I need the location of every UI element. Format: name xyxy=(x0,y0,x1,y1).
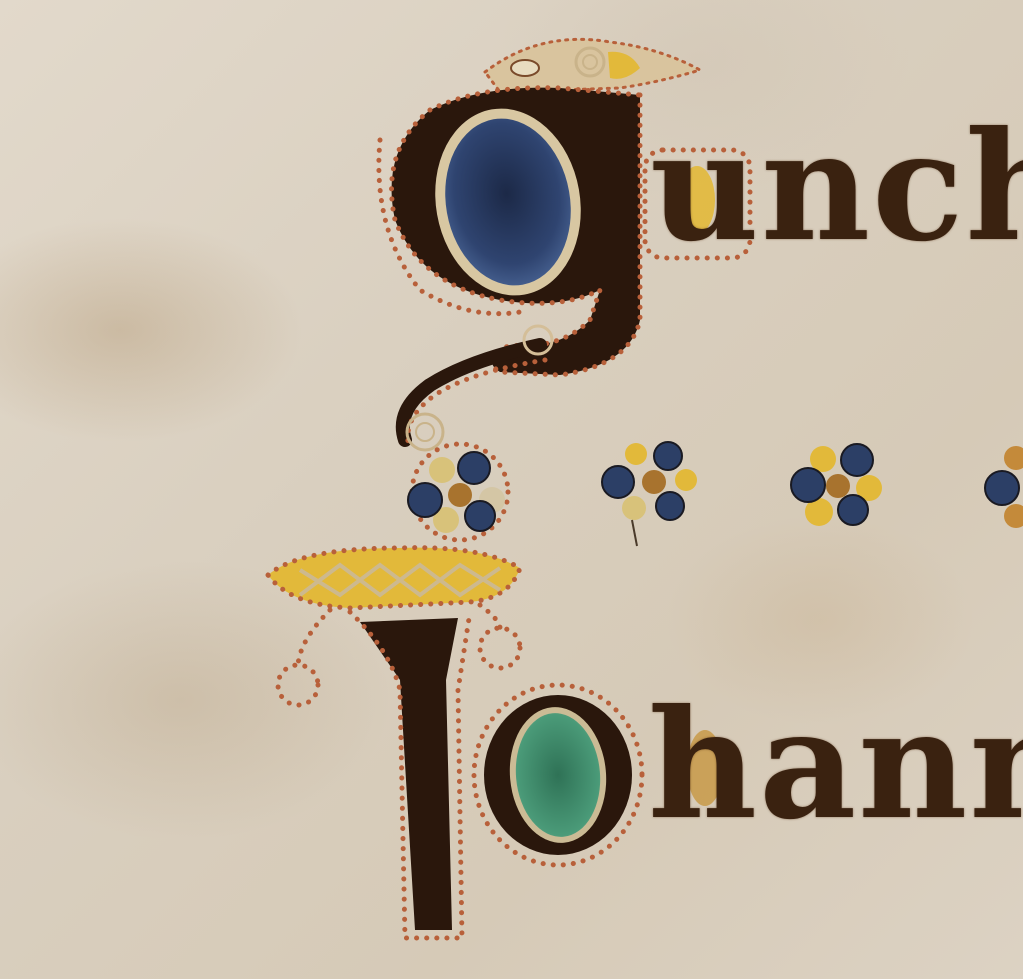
manuscript-page: uncht hann xyxy=(0,0,1023,979)
initial-i-ornament xyxy=(268,548,520,938)
rosette-3 xyxy=(791,444,882,526)
rosette-2 xyxy=(602,442,697,546)
line2-rest: hann xyxy=(648,677,1023,853)
text-line-2: hann xyxy=(648,690,1023,840)
text-line-1: uncht xyxy=(650,112,1023,262)
rosette-1 xyxy=(408,444,508,540)
rosette-4-partial xyxy=(985,446,1023,528)
line1-rest: uncht xyxy=(650,99,1023,275)
initial-o-ornament xyxy=(474,685,642,865)
